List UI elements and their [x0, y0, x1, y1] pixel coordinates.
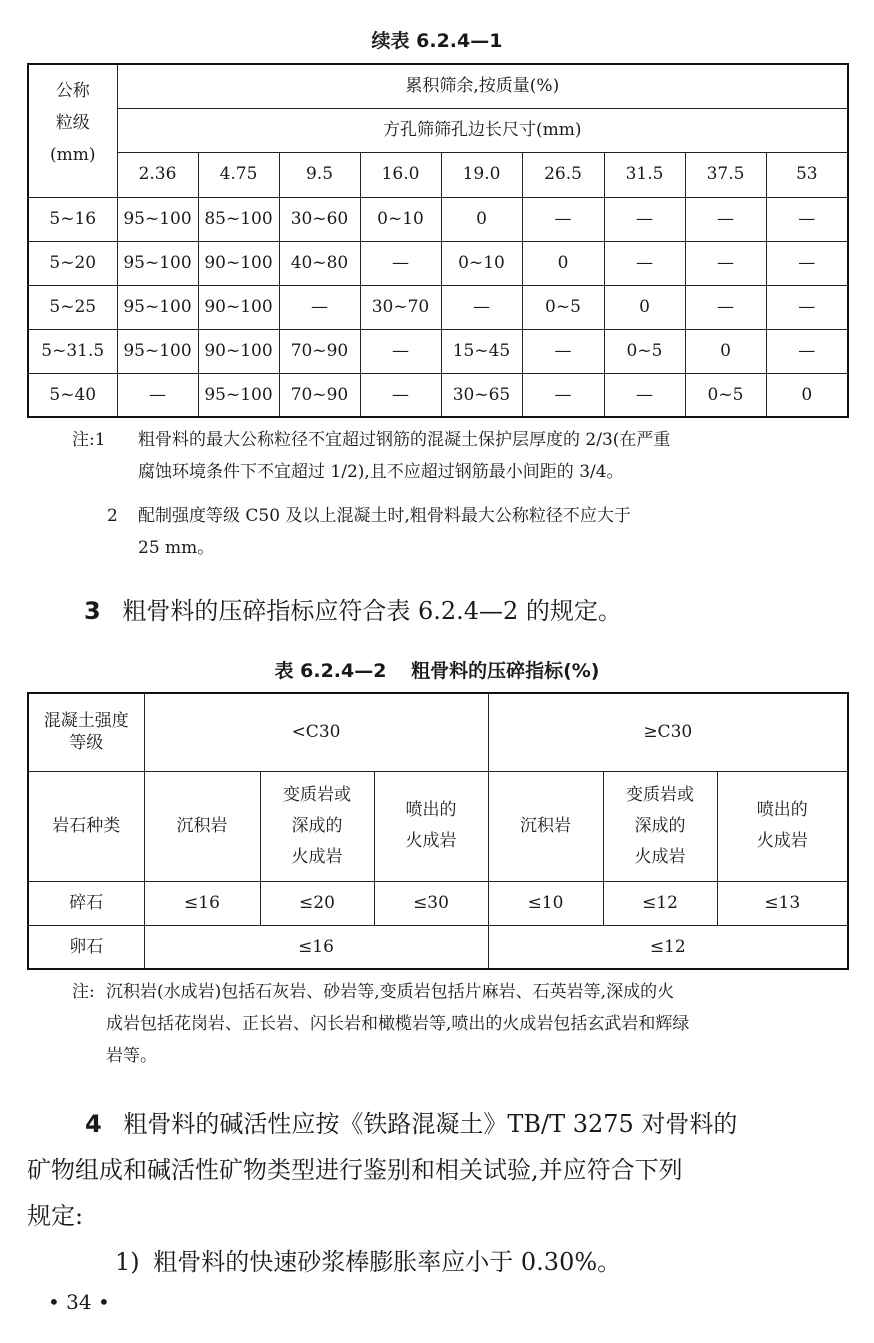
value-cell: 0~5 [685, 373, 766, 417]
table1-note-1: 粗骨料的最大公称粒径不宜超过钢筋的混凝土保护层厚度的 2/3(在严重 腐蚀环境条… [138, 424, 853, 488]
table1-title: 续表 6.2.4—1 [0, 26, 874, 53]
table1-note-2-label: 2 [107, 500, 118, 532]
value-cell: ≤16 [144, 881, 260, 925]
table2-note-label: 注: [72, 976, 95, 1008]
table-row: 5~25 95~100 90~100 — 30~70 — 0~5 0 — — [28, 285, 848, 329]
value-cell: 0 [604, 285, 685, 329]
rock-type-cell: 喷出的 火成岩 [717, 771, 848, 881]
rock-type-line: 喷出的 [718, 795, 848, 826]
rock-label-cell: 岩石种类 [28, 771, 144, 881]
clause-text-line: 矿物组成和碱活性矿物类型进行鉴别和相关试验,并应符合下列 [27, 1147, 857, 1193]
note-line: 粗骨料的最大公称粒径不宜超过钢筋的混凝土保护层厚度的 2/3(在严重 [138, 424, 853, 456]
value-cell: ≤13 [717, 881, 848, 925]
clause-number: 3 [84, 597, 101, 625]
note-line: 配制强度等级 C50 及以上混凝土时,粗骨料最大公称粒径不应大于 [138, 500, 853, 532]
table1-note-2: 配制强度等级 C50 及以上混凝土时,粗骨料最大公称粒径不应大于 25 mm。 [138, 500, 853, 564]
note-line: 沉积岩(水成岩)包括石灰岩、砂岩等,变质岩包括片麻岩、石英岩等,深成的火 [106, 976, 856, 1008]
rock-type-line: 沉积岩 [489, 815, 603, 837]
value-cell: — [766, 241, 848, 285]
clause-text-line: 粗骨料的碱活性应按《铁路混凝土》TB/T 3275 对骨料的 [123, 1110, 737, 1138]
value-cell: 30~60 [279, 197, 360, 241]
grade-cell: 5~16 [28, 197, 117, 241]
value-cell: 0 [522, 241, 604, 285]
sieve-size-header: 53 [766, 152, 848, 197]
rock-type-line: 喷出的 [375, 795, 488, 826]
value-cell: 85~100 [198, 197, 279, 241]
sieve-size-header: 4.75 [198, 152, 279, 197]
value-cell: ≤20 [260, 881, 374, 925]
value-cell: — [360, 329, 441, 373]
sieve-size-header: 19.0 [441, 152, 522, 197]
rock-type-line: 变质岩或 [261, 780, 374, 811]
value-cell: — [360, 241, 441, 285]
table-row: 卵石 ≤16 ≤12 [28, 925, 848, 969]
value-cell: ≤10 [488, 881, 603, 925]
group-header: 累积筛余,按质量(%) [117, 64, 848, 108]
value-cell: — [279, 285, 360, 329]
value-cell: 30~65 [441, 373, 522, 417]
table1-note-1-label: 注:1 [72, 424, 106, 456]
value-cell: — [766, 329, 848, 373]
sub-header: 方孔筛筛孔边长尺寸(mm) [117, 108, 848, 152]
rock-type-line: 深成的 [604, 811, 717, 842]
clause-text: 粗骨料的压碎指标应符合表 6.2.4—2 的规定。 [122, 597, 622, 625]
row-header-line: (mm) [29, 139, 117, 171]
row-header-cell: 公称 粒级 (mm) [28, 64, 117, 197]
note-line: 25 mm。 [138, 532, 853, 564]
value-cell: — [766, 285, 848, 329]
value-cell: 0~10 [441, 241, 522, 285]
rock-type-line: 火成岩 [375, 826, 488, 857]
value-cell: — [604, 197, 685, 241]
item-text: 粗骨料的快速砂浆棒膨胀率应小于 0.30%。 [153, 1248, 621, 1276]
rock-type-line: 沉积岩 [145, 815, 260, 837]
table2-title: 表 6.2.4—2 粗骨料的压碎指标(%) [0, 656, 874, 683]
rock-type-line: 深成的 [261, 811, 374, 842]
value-cell: — [522, 373, 604, 417]
pebble-label: 卵石 [28, 925, 144, 969]
clause-text-line: 规定: [27, 1193, 857, 1239]
value-cell: — [685, 285, 766, 329]
value-cell: 0~5 [604, 329, 685, 373]
grade-group-ge-c30: ≥C30 [488, 693, 848, 771]
value-cell: — [117, 373, 198, 417]
rock-type-line: 火成岩 [604, 842, 717, 873]
grade-cell: 5~40 [28, 373, 117, 417]
clause-number: 4 [85, 1110, 102, 1138]
value-cell: — [604, 373, 685, 417]
note-line: 成岩包括花岗岩、正长岩、闪长岩和橄榄岩等,喷出的火成岩包括玄武岩和辉绿 [106, 1008, 856, 1040]
value-cell: 90~100 [198, 329, 279, 373]
value-cell: — [360, 373, 441, 417]
sieve-size-header: 26.5 [522, 152, 604, 197]
crushed-stone-label: 碎石 [28, 881, 144, 925]
value-cell: 40~80 [279, 241, 360, 285]
table-row: 5~20 95~100 90~100 40~80 — 0~10 0 — — — [28, 241, 848, 285]
value-cell: — [685, 197, 766, 241]
value-cell: 95~100 [117, 285, 198, 329]
value-cell: 90~100 [198, 285, 279, 329]
rock-type-cell: 沉积岩 [488, 771, 603, 881]
value-cell: ≤12 [488, 925, 848, 969]
rock-type-cell: 沉积岩 [144, 771, 260, 881]
value-cell: 0~5 [522, 285, 604, 329]
value-cell: 0 [766, 373, 848, 417]
table2-title-number: 表 6.2.4—2 [275, 660, 387, 682]
value-cell: 0 [441, 197, 522, 241]
value-cell: ≤16 [144, 925, 488, 969]
value-cell: — [441, 285, 522, 329]
value-cell: — [522, 329, 604, 373]
clause-4: 4 粗骨料的碱活性应按《铁路混凝土》TB/T 3275 对骨料的 矿物组成和碱活… [27, 1101, 857, 1285]
clause-3: 3 粗骨料的压碎指标应符合表 6.2.4—2 的规定。 [84, 588, 622, 634]
grade-cell: 5~20 [28, 241, 117, 285]
sieve-size-header: 31.5 [604, 152, 685, 197]
rock-type-cell: 变质岩或 深成的 火成岩 [603, 771, 717, 881]
grade-cell: 5~25 [28, 285, 117, 329]
value-cell: 70~90 [279, 329, 360, 373]
value-cell: 95~100 [117, 197, 198, 241]
note-line: 岩等。 [106, 1040, 856, 1072]
rock-type-line: 火成岩 [261, 842, 374, 873]
rock-type-line: 变质岩或 [604, 780, 717, 811]
value-cell: ≤12 [603, 881, 717, 925]
grade-cell: 5~31.5 [28, 329, 117, 373]
row-header-line: 公称 [29, 75, 117, 107]
value-cell: — [685, 241, 766, 285]
rock-type-cell: 喷出的 火成岩 [374, 771, 488, 881]
value-cell: 70~90 [279, 373, 360, 417]
clause-item-1: 1) 粗骨料的快速砂浆棒膨胀率应小于 0.30%。 [27, 1239, 857, 1285]
value-cell: — [604, 241, 685, 285]
value-cell: 95~100 [198, 373, 279, 417]
value-cell: — [766, 197, 848, 241]
grade-label-line: 等级 [29, 732, 144, 754]
grade-label-cell: 混凝土强度 等级 [28, 693, 144, 771]
value-cell: 0~10 [360, 197, 441, 241]
grade-group-lt-c30: <C30 [144, 693, 488, 771]
sieve-size-header: 2.36 [117, 152, 198, 197]
note-line: 腐蚀环境条件下不宜超过 1/2),且不应超过钢筋最小间距的 3/4。 [138, 456, 853, 488]
item-number: 1) [115, 1248, 140, 1276]
value-cell: 95~100 [117, 241, 198, 285]
rock-type-line: 火成岩 [718, 826, 848, 857]
grade-label-line: 混凝土强度 [29, 710, 144, 732]
rock-type-cell: 变质岩或 深成的 火成岩 [260, 771, 374, 881]
grading-table: 公称 粒级 (mm) 累积筛余,按质量(%) 方孔筛筛孔边长尺寸(mm) 2.3… [27, 63, 849, 418]
value-cell: — [522, 197, 604, 241]
sieve-size-header: 16.0 [360, 152, 441, 197]
table-row: 5~40 — 95~100 70~90 — 30~65 — — 0~5 0 [28, 373, 848, 417]
table2-title-text: 粗骨料的压碎指标(%) [411, 660, 599, 682]
table-row: 5~16 95~100 85~100 30~60 0~10 0 — — — — [28, 197, 848, 241]
value-cell: 30~70 [360, 285, 441, 329]
table2-note: 沉积岩(水成岩)包括石灰岩、砂岩等,变质岩包括片麻岩、石英岩等,深成的火 成岩包… [106, 976, 856, 1072]
sieve-size-header: 37.5 [685, 152, 766, 197]
page-number: • 34 • [48, 1290, 110, 1314]
value-cell: 0 [685, 329, 766, 373]
table-row: 碎石 ≤16 ≤20 ≤30 ≤10 ≤12 ≤13 [28, 881, 848, 925]
table-row: 5~31.5 95~100 90~100 70~90 — 15~45 — 0~5… [28, 329, 848, 373]
value-cell: 90~100 [198, 241, 279, 285]
sieve-size-header: 9.5 [279, 152, 360, 197]
value-cell: ≤30 [374, 881, 488, 925]
value-cell: 15~45 [441, 329, 522, 373]
row-header-line: 粒级 [29, 107, 117, 139]
crushing-index-table: 混凝土强度 等级 <C30 ≥C30 岩石种类 沉积岩 变质岩或 深成的 火成岩… [27, 692, 849, 970]
value-cell: 95~100 [117, 329, 198, 373]
